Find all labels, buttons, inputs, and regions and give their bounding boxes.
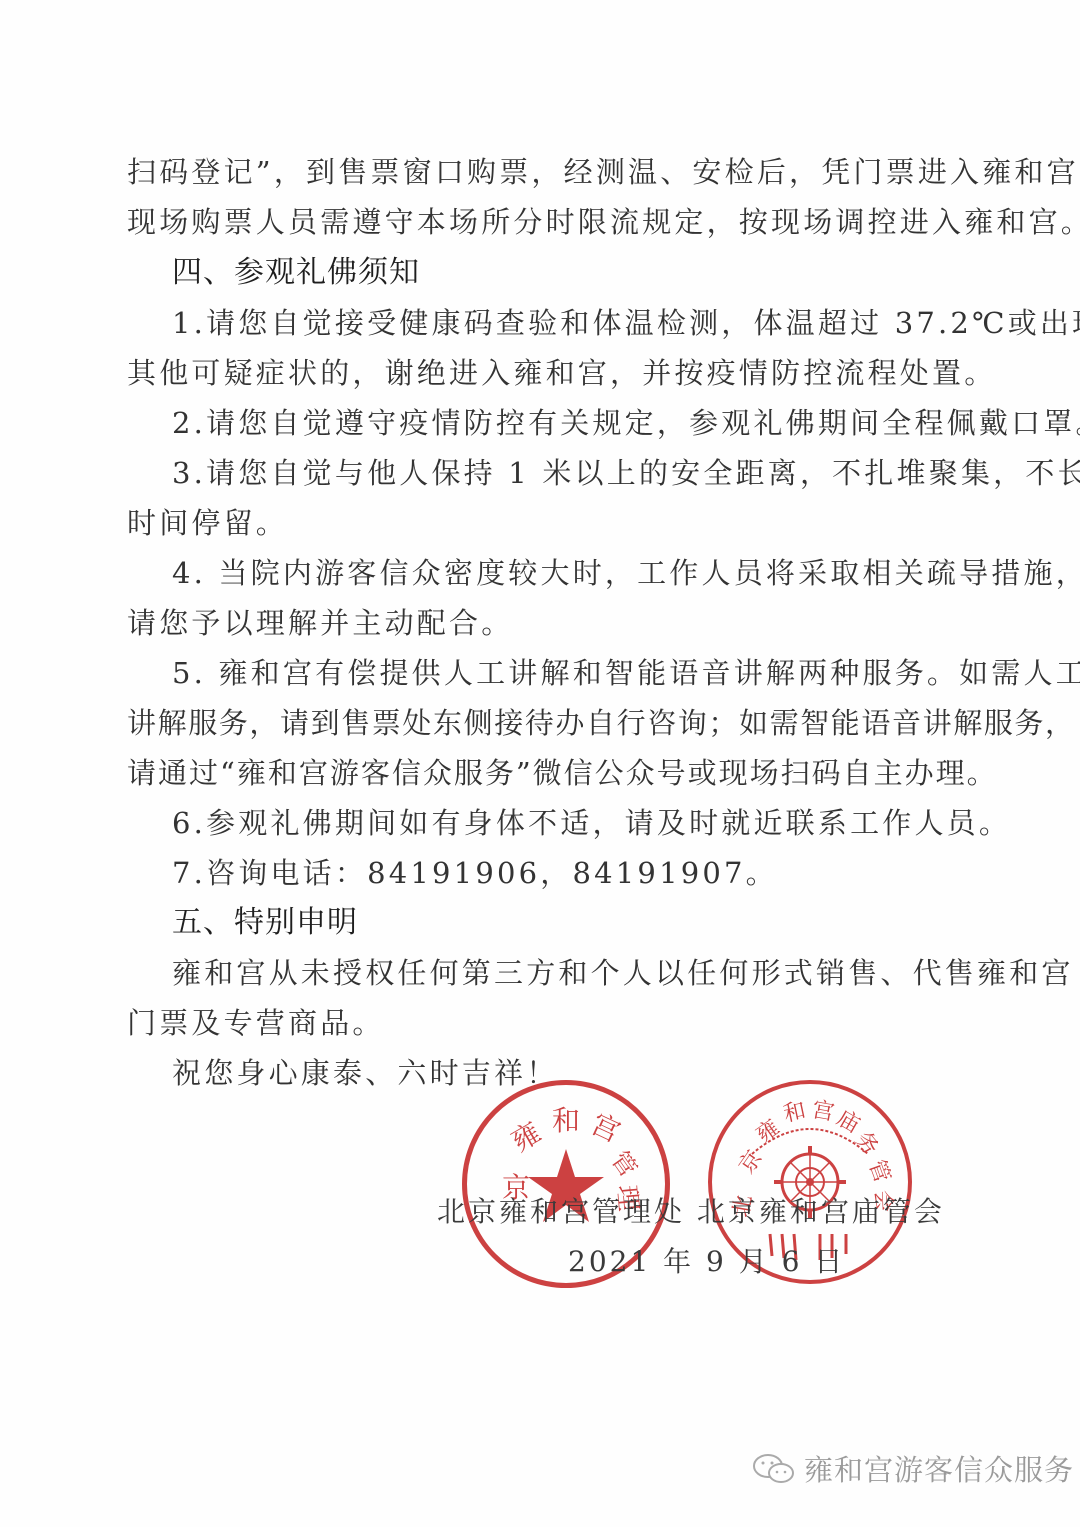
document-page: 扫码登记”，到售票窗口购票，经测温、安检后，凭门票进入雍和宫。 现场购票人员需遵… xyxy=(0,0,1080,1527)
svg-text:宫: 宫 xyxy=(810,1097,836,1125)
paragraph-line: 扫码登记”，到售票窗口购票，经测温、安检后，凭门票进入雍和宫。 xyxy=(127,152,957,192)
notice-item-5: 5. 雍和宫有偿提供人工讲解和智能语音讲解两种服务。如需人工 xyxy=(172,653,1002,693)
svg-text:管: 管 xyxy=(606,1146,643,1182)
signature-date: 2021 年 9 月 6 日 xyxy=(568,1240,845,1280)
notice-item-4: 4. 当院内游客信众密度较大时，工作人员将采取相关疏导措施， xyxy=(172,553,1002,593)
statement-line-cont: 门票及专营商品。 xyxy=(127,1003,957,1043)
notice-item-7: 7.咨询电话：84191906，84191907。 xyxy=(172,853,1002,893)
notice-item-1: 1.请您自觉接受健康码查验和体温检测，体温超过 37.2℃或出现 xyxy=(172,303,1002,343)
notice-item-1-cont: 其他可疑症状的，谢绝进入雍和宫，并按疫情防控流程处置。 xyxy=(127,353,957,393)
section-heading-4: 四、参观礼佛须知 xyxy=(172,253,1002,293)
svg-text:和: 和 xyxy=(552,1104,580,1137)
svg-text:宫: 宫 xyxy=(586,1107,625,1149)
wechat-icon xyxy=(752,1452,796,1486)
section-heading-5: 五、特别申明 xyxy=(172,903,1002,943)
watermark: 雍和宫游客信众服务 xyxy=(752,1448,1074,1489)
notice-item-2: 2.请您自觉遵守疫情防控有关规定，参观礼佛期间全程佩戴口罩。 xyxy=(172,403,1002,443)
statement-line: 雍和宫从未授权任何第三方和个人以任何形式销售、代售雍和宫 xyxy=(172,953,1002,993)
signature-orgs: 北京雍和宫管理处 北京雍和宫庙管会 xyxy=(437,1190,945,1230)
notice-item-3-cont: 时间停留。 xyxy=(127,503,957,543)
svg-text:京: 京 xyxy=(734,1146,767,1178)
notice-item-5-cont2: 请通过“雍和宫游客信众服务”微信公众号或现场扫码自主办理。 xyxy=(127,753,957,793)
paragraph-line: 现场购票人员需遵守本场所分时限流规定，按现场调控进入雍和宫。 xyxy=(127,202,957,242)
notice-item-3: 3.请您自觉与他人保持 1 米以上的安全距离，不扎堆聚集，不长 xyxy=(172,453,1002,493)
notice-item-5-cont: 讲解服务，请到售票处东侧接待办自行咨询；如需智能语音讲解服务， xyxy=(127,703,957,743)
svg-text:和: 和 xyxy=(781,1098,808,1127)
svg-text:雍: 雍 xyxy=(506,1116,547,1159)
watermark-text: 雍和宫游客信众服务 xyxy=(804,1448,1074,1489)
notice-item-4-cont: 请您予以理解并主动配合。 xyxy=(127,603,957,643)
notice-item-6: 6.参观礼佛期间如有身体不适，请及时就近联系工作人员。 xyxy=(172,803,1002,843)
svg-text:雍: 雍 xyxy=(752,1115,784,1148)
svg-text:管: 管 xyxy=(863,1157,894,1186)
